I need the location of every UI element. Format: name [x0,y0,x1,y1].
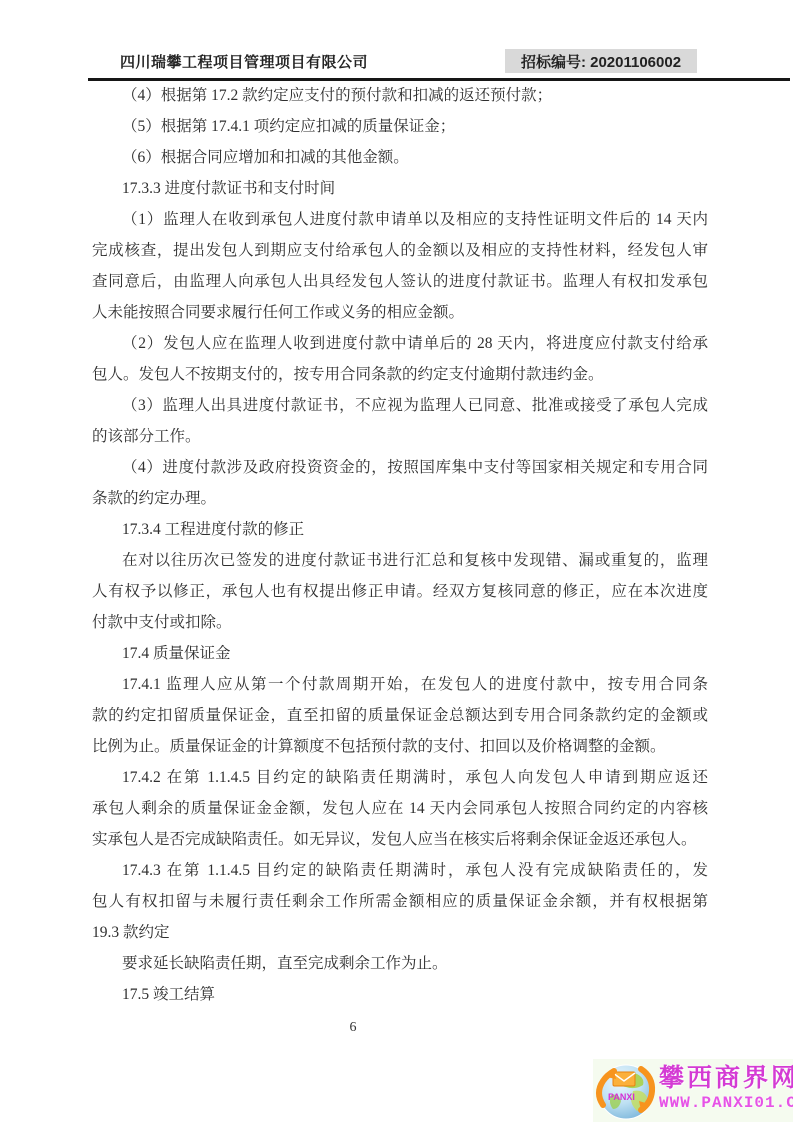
text-line: 17.4.3 在第 1.1.4.5 目约定的缺陷责任期满时，承包人没有完成缺陷责… [92,855,708,886]
text-line: 包人有权扣留与未履行责任剩余工作所需金额相应的质量保证金余额，并有权根据第 [92,886,708,917]
text-line: （4）进度付款涉及政府投资资金的，按照国库集中支付等国家相关规定和专用合同 [92,452,708,483]
text-line: 承包人剩余的质量保证金金额，发包人应在 14 天内会同承包人按照合同约定的内容核 [92,793,708,824]
text-line: （1）监理人在收到承包人进度付款申请单以及相应的支持性证明文件后的 14 天内 [92,204,708,235]
svg-text:PANXI: PANXI [608,1092,635,1102]
text-line: 19.3 款约定 [92,917,708,948]
text-line: 完成核查，提出发包人到期应支付给承包人的金额以及相应的支持性材料，经发包人审 [92,235,708,266]
text-line: 17.4.2 在第 1.1.4.5 目约定的缺陷责任期满时，承包人向发包人申请到… [92,762,708,793]
text-line: 17.4 质量保证金 [92,638,708,669]
text-line: 包人。发包人不按期支付的，按专用合同条款的约定支付逾期付款违约金。 [92,359,708,390]
watermark-site-name: 攀西商界网 [659,1065,793,1091]
text-line: （5）根据第 17.4.1 项约定应扣减的质量保证金； [92,111,708,142]
text-line: （6）根据合同应增加和扣减的其他金额。 [92,142,708,173]
document-body: （4）根据第 17.2 款约定应支付的预付款和扣减的返还预付款；（5）根据第 1… [92,80,708,1010]
text-line: 在对以往历次已签发的进度付款证书进行汇总和复核中发现错、漏或重复的，监理 [92,545,708,576]
watermark-site-url: WWW.PANXI01.COM [659,1093,793,1113]
text-line: 要求延长缺陷责任期，直至完成剩余工作为止。 [92,948,708,979]
text-line: 款的约定扣留质量保证金，直至扣留的质量保证金总额达到专用合同条款约定的金额或 [92,700,708,731]
text-line: 人未能按照合同要求履行任何工作或义务的相应金额。 [92,297,708,328]
text-line: 条款的约定办理。 [92,483,708,514]
text-line: 17.3.4 工程进度付款的修正 [92,514,708,545]
page-number: 6 [0,1020,706,1036]
text-line: 人有权予以修正，承包人也有权提出修正申请。经双方复核同意的修正，应在本次进度 [92,576,708,607]
text-line: 17.4.1 监理人应从第一个付款周期开始，在发包人的进度付款中，按专用合同条 [92,669,708,700]
text-line: （2）发包人应在监理人收到进度付款中请单后的 28 天内，将进度应付款支付给承 [92,328,708,359]
document-page: 四川瑞攀工程项目管理项目有限公司 招标编号: 20201106002 （4）根据… [0,0,793,1122]
text-line: 17.5 竣工结算 [92,979,708,1010]
panxi-globe-logo-icon: PANXI [593,1059,659,1122]
text-line: （3）监理人出具进度付款证书，不应视为监理人已同意、批准或接受了承包人完成 [92,390,708,421]
company-name: 四川瑞攀工程项目管理项目有限公司 [120,51,368,72]
text-line: （4）根据第 17.2 款约定应支付的预付款和扣减的返还预付款； [92,80,708,111]
bid-number-badge: 招标编号: 20201106002 [505,49,697,73]
text-line: 比例为止。质量保证金的计算额度不包括预付款的支付、扣回以及价格调整的金额。 [92,731,708,762]
text-line: 付款中支付或扣除。 [92,607,708,638]
text-line: 17.3.3 进度付款证书和支付时间 [92,173,708,204]
text-line: 实承包人是否完成缺陷责任。如无异议，发包人应当在核实后将剩余保证金返还承包人。 [92,824,708,855]
text-line: 查同意后，由监理人向承包人出具经发包人签认的进度付款证书。监理人有权扣发承包 [92,266,708,297]
text-line: 的该部分工作。 [92,421,708,452]
watermark: PANXI 攀西商界网 WWW.PANXI01.COM [593,1059,793,1122]
watermark-texts: 攀西商界网 WWW.PANXI01.COM [659,1059,793,1113]
